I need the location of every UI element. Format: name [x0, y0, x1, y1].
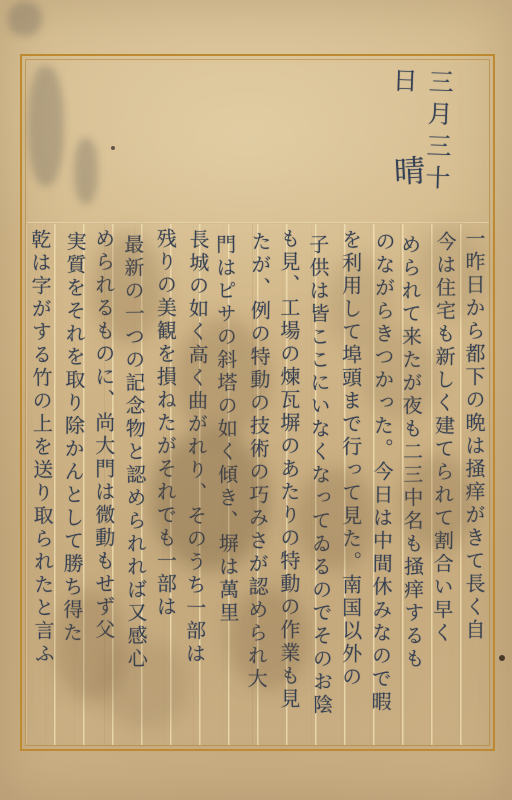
text-column: 今は住宅も新しく建てられて割合い早く	[425, 231, 460, 745]
text-column: 実質をそれを取り除かんとして勝ち得た	[55, 231, 90, 745]
text-column: も見、工場の煉瓦塀のあたりの特動の作業も見	[273, 228, 304, 745]
text-column: を利用して埠頭まで行って見た。南国以外の	[335, 229, 366, 745]
text-column: 最新の一つの記念物と認められれば又感心	[116, 234, 151, 745]
text-column: のながらきつかった。今日は中間休みなので暇	[363, 231, 398, 745]
text-column: 乾は字がする竹の上を送り取られたと言ふ	[26, 229, 59, 745]
pencil-smudge	[8, 2, 42, 36]
ink-speck	[499, 655, 505, 661]
page-border-inner-line: 三月三十日 晴 一昨日から都下の晩は掻痒がきて長く自 今は住宅も新しく建てられて…	[25, 59, 490, 746]
text-column: たが、例の特動の技術の巧みさが認められ大	[240, 231, 275, 745]
text-column: められて来たが夜も二三中名も掻痒するも	[394, 234, 429, 745]
text-columns: 一昨日から都下の晩は掻痒がきて長く自 今は住宅も新しく建てられて割合い早く めら…	[26, 224, 489, 745]
weather-text: 晴	[393, 145, 426, 192]
page-border-frame: 三月三十日 晴 一昨日から都下の晩は掻痒がきて長く自 今は住宅も新しく建てられて…	[20, 54, 495, 751]
text-column: 子供は皆ここにいなくなってゐるのでそのお陰	[302, 234, 337, 745]
text-column: 一昨日から都下の晩は掻痒がきて長く自	[458, 228, 489, 745]
text-column: 門はピサの斜塔の如く傾き、塀は萬里	[209, 234, 244, 745]
text-column: 残りの美観を損ねたがそれでも一部は	[150, 228, 181, 745]
text-column: 長城の如く高く曲がれり、そのうち一部は	[178, 229, 213, 745]
text-column: められるものに、尚大門は微動もせず父	[88, 228, 119, 745]
manuscript-body: 一昨日から都下の晩は掻痒がきて長く自 今は住宅も新しく建てられて割合い早く めら…	[26, 224, 489, 745]
scanned-letter-page: 三月三十日 晴 一昨日から都下の晩は掻痒がきて長く自 今は住宅も新しく建てられて…	[0, 0, 512, 800]
header-area: 三月三十日 晴	[26, 60, 489, 222]
